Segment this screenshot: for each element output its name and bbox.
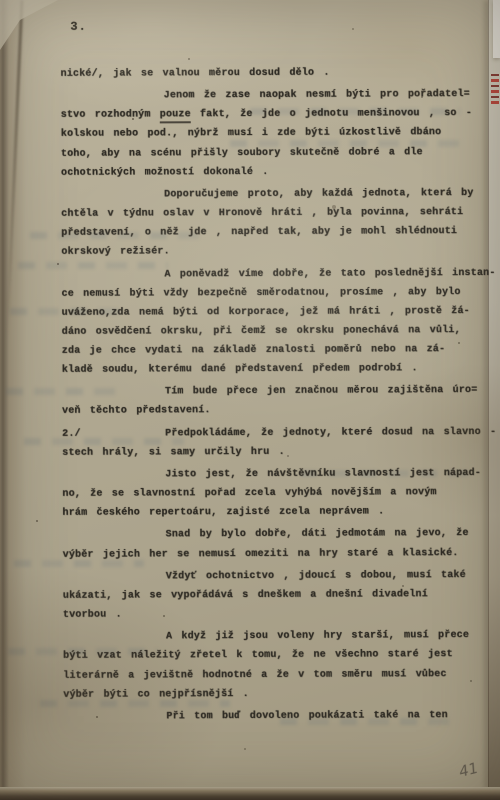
line-text: tvorbou . [63, 610, 122, 621]
typewritten-line: uváženo,zda nemá býti od korporace, jež … [62, 302, 478, 323]
line-text: literárně a jevištně hodnotné a že v tom… [63, 669, 447, 682]
line-text: Jisto jest, že návštěvníku slavností jes… [165, 468, 481, 480]
line-text: býti vzat náležitý zřetel k tomu, že ne … [63, 650, 453, 663]
line-text: představení, o něž jde , napřed tak, aby… [61, 226, 457, 239]
typewritten-line: tvorbou . [63, 604, 479, 625]
typewritten-line: býti vzat náležitý zřetel k tomu, že ne … [63, 645, 479, 666]
typewritten-line: literárně a jevištně hodnotné a že v tom… [63, 665, 479, 686]
underlined-word: pouze [160, 110, 191, 124]
page-number: 3. [70, 20, 86, 34]
line-text: výběr býti co nejpřísnější . [63, 689, 249, 701]
typewritten-line: stech hrály, si samy určily hru . [62, 442, 478, 463]
scanned-document-photo: 3. nické/, jak se valnou měrou dosud děl… [0, 0, 500, 800]
line-text: zda je chce vydati na základě znalosti p… [62, 344, 446, 357]
typewritten-line: ukázati, jak se vypořádává s dneškem a d… [63, 585, 479, 606]
line-text: kolskou nebo pod., nýbrž musí i zde býti… [61, 128, 442, 141]
line-text: toho, aby na scénu přišly soubory skuteč… [61, 147, 423, 160]
typewritten-line: představení, o něž jde , napřed tak, aby… [61, 222, 477, 243]
line-text: výběr jejich her se nemusí omeziti na hr… [63, 548, 459, 561]
line-text: hrám českého repertoáru, zajisté zcela n… [62, 507, 384, 519]
typewritten-line: A když již jsou voleny hry starší, musí … [63, 626, 479, 647]
typewritten-line: výběr býti co nejpřísnější . [63, 684, 479, 705]
line-text: ochotnických možností dokonalé . [61, 167, 268, 179]
typewritten-line: Tím bude přece jen značnou měrou zajiště… [62, 381, 478, 402]
typewritten-line: Jisto jest, že návštěvníku slavností jes… [62, 464, 478, 485]
line-text: Doporučujeme proto, aby každá jednota, k… [164, 188, 473, 200]
typewritten-line: toho, aby na scénu přišly soubory skuteč… [61, 143, 477, 164]
typewritten-line: no, že se slavnostní pořad zcela vyhýbá … [62, 483, 478, 504]
typewritten-line: hrám českého repertoáru, zajisté zcela n… [62, 502, 478, 523]
typewritten-line: kolskou nebo pod., nýbrž musí i zde býti… [61, 123, 477, 144]
typewritten-page: 3. nické/, jak se valnou měrou dosud děl… [0, 0, 500, 800]
line-text: A když již jsou voleny hry starší, musí … [166, 630, 469, 642]
line-text: Tím bude přece jen značnou měrou zajiště… [165, 385, 477, 397]
line-text: okrskový režisér. [61, 247, 169, 258]
typewritten-line: výběr jejich her se nemusí omeziti na hr… [63, 544, 479, 565]
line-text: Předpokládáme, že jednoty, které dosud n… [165, 427, 496, 439]
line-text: uváženo,zda nemá býti od korporace, jež … [62, 306, 470, 319]
page-bottom-edge [0, 787, 500, 800]
text-block: nické/, jak se valnou měrou dosud dělo .… [61, 63, 480, 727]
line-text: chtěla v týdnu oslav v Hronově hráti , b… [61, 207, 463, 220]
line-text: nické/, jak se valnou měrou dosud dělo . [61, 68, 330, 80]
typewritten-line: chtěla v týdnu oslav v Hronově hráti , b… [61, 203, 477, 224]
typewritten-line: stvo rozhodným pouze fakt, že jde o jedn… [61, 104, 477, 125]
line-text: A poněvadž víme dobře, že tato posledněj… [164, 267, 495, 279]
typewritten-line: Doporučujeme proto, aby každá jednota, k… [61, 184, 477, 205]
typewritten-line: ce nemusí býti vždy bezpečně směrodatnou… [61, 283, 477, 304]
typewritten-line: 2./Předpokládáme, že jednoty, které dosu… [62, 423, 478, 444]
typewritten-line: dáno osvědčení okrsku, při čemž se okrsk… [62, 321, 478, 342]
line-text: Vždyť ochotnictvo , jdoucí s dobou, musí… [166, 570, 466, 582]
typewritten-line: nické/, jak se valnou měrou dosud dělo . [61, 63, 477, 84]
line-text: kladě soudu, kterému dané představení př… [62, 363, 418, 376]
typewritten-line: okrskový režisér. [61, 241, 477, 262]
line-text: stvo rozhodným pouze fakt, že jde o jedn… [61, 108, 472, 123]
line-text: Jenom že zase naopak nesmí býti pro pořa… [164, 89, 470, 101]
line-text: dáno osvědčení okrsku, při čemž se okrsk… [62, 325, 461, 338]
line-text: Při tom buď dovoleno poukázati také na t… [166, 710, 447, 722]
line-text: veň těchto představení. [62, 406, 211, 418]
typewritten-line: ochotnických možností dokonalé . [61, 162, 477, 183]
line-text: Snad by bylo dobře, dáti jedmotám na jev… [166, 529, 469, 541]
line-text: stech hrály, si samy určily hru . [62, 447, 285, 459]
section-number: 2./ [62, 424, 81, 443]
typewritten-line: zda je chce vydati na základě znalosti p… [62, 340, 478, 361]
typewritten-line: Při tom buď dovoleno poukázati také na t… [63, 706, 479, 727]
typewritten-line: Vždyť ochotnictvo , jdoucí s dobou, musí… [63, 566, 479, 587]
line-text: ce nemusí býti vždy bezpečně směrodatnou… [62, 287, 461, 300]
typewritten-line: kladě soudu, kterému dané představení př… [62, 359, 478, 380]
typewritten-line: Jenom že zase naopak nesmí býti pro pořa… [61, 85, 477, 106]
typewritten-line: Snad by bylo dobře, dáti jedmotám na jev… [63, 524, 479, 545]
typewritten-line: A poněvadž víme dobře, že tato posledněj… [61, 264, 477, 285]
line-text: ukázati, jak se vypořádává s dneškem a d… [63, 589, 428, 602]
typewritten-line: veň těchto představení. [62, 400, 478, 421]
line-text: no, že se slavnostní pořad zcela vyhýbá … [62, 487, 436, 500]
